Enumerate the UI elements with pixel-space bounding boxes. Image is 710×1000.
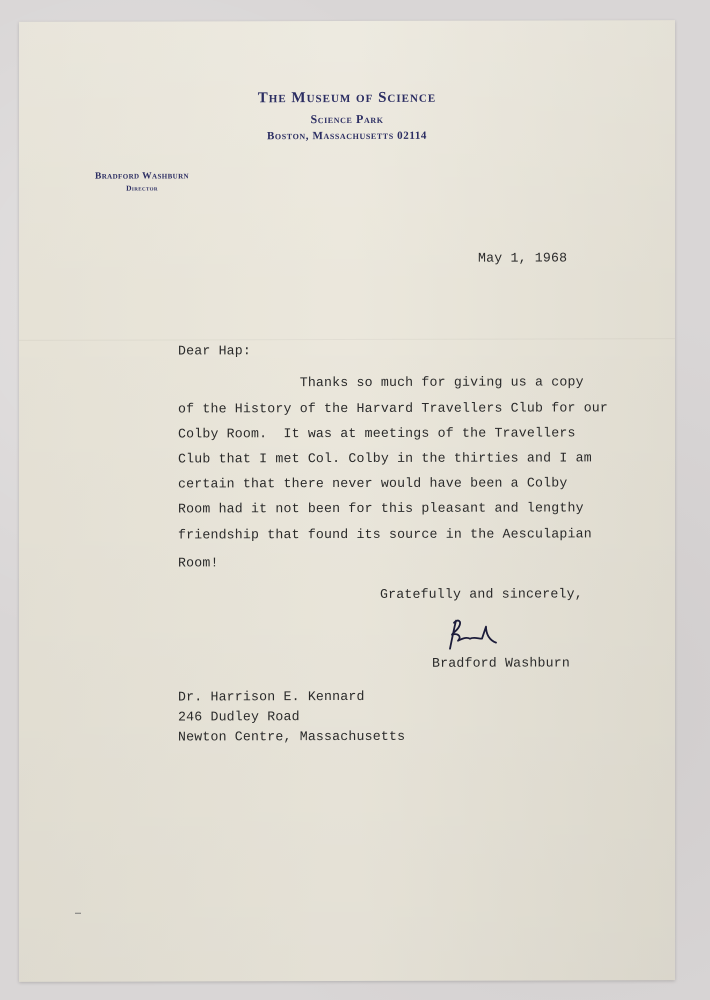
letterhead-institution: The Museum of Science: [19, 89, 675, 108]
director-name: Bradford Washburn: [77, 171, 207, 181]
body-line: Colby Room. It was at meetings of the Tr…: [178, 425, 576, 441]
salutation: Dear Hap:: [178, 343, 251, 358]
pencil-mark: [75, 913, 81, 914]
body-line: Club that I met Col. Colby in the thirti…: [178, 450, 592, 466]
body-line: Room!: [178, 555, 219, 570]
letter-date: May 1, 1968: [478, 250, 567, 265]
letter-paper: The Museum of Science Science Park Bosto…: [19, 20, 675, 982]
recipient-name: Dr. Harrison E. Kennard: [178, 689, 365, 704]
recipient-street: 246 Dudley Road: [178, 709, 300, 724]
body-line: certain that there never would have been…: [178, 475, 567, 491]
signer-name: Bradford Washburn: [432, 655, 570, 670]
body-line: Room had it not been for this pleasant a…: [178, 500, 584, 516]
body-line: Thanks so much for giving us a copy: [178, 374, 584, 390]
recipient-city: Newton Centre, Massachusetts: [178, 729, 405, 745]
body-line: of the History of the Harvard Travellers…: [178, 400, 608, 416]
director-title: Director: [77, 183, 207, 192]
paper-fold-line: [19, 338, 675, 341]
signature-image: [444, 617, 504, 653]
letterhead-address: Boston, Massachusetts 02114: [19, 129, 675, 143]
letterhead-location: Science Park: [19, 111, 675, 128]
closing: Gratefully and sincerely,: [380, 586, 583, 602]
body-line: friendship that found its source in the …: [178, 526, 592, 542]
